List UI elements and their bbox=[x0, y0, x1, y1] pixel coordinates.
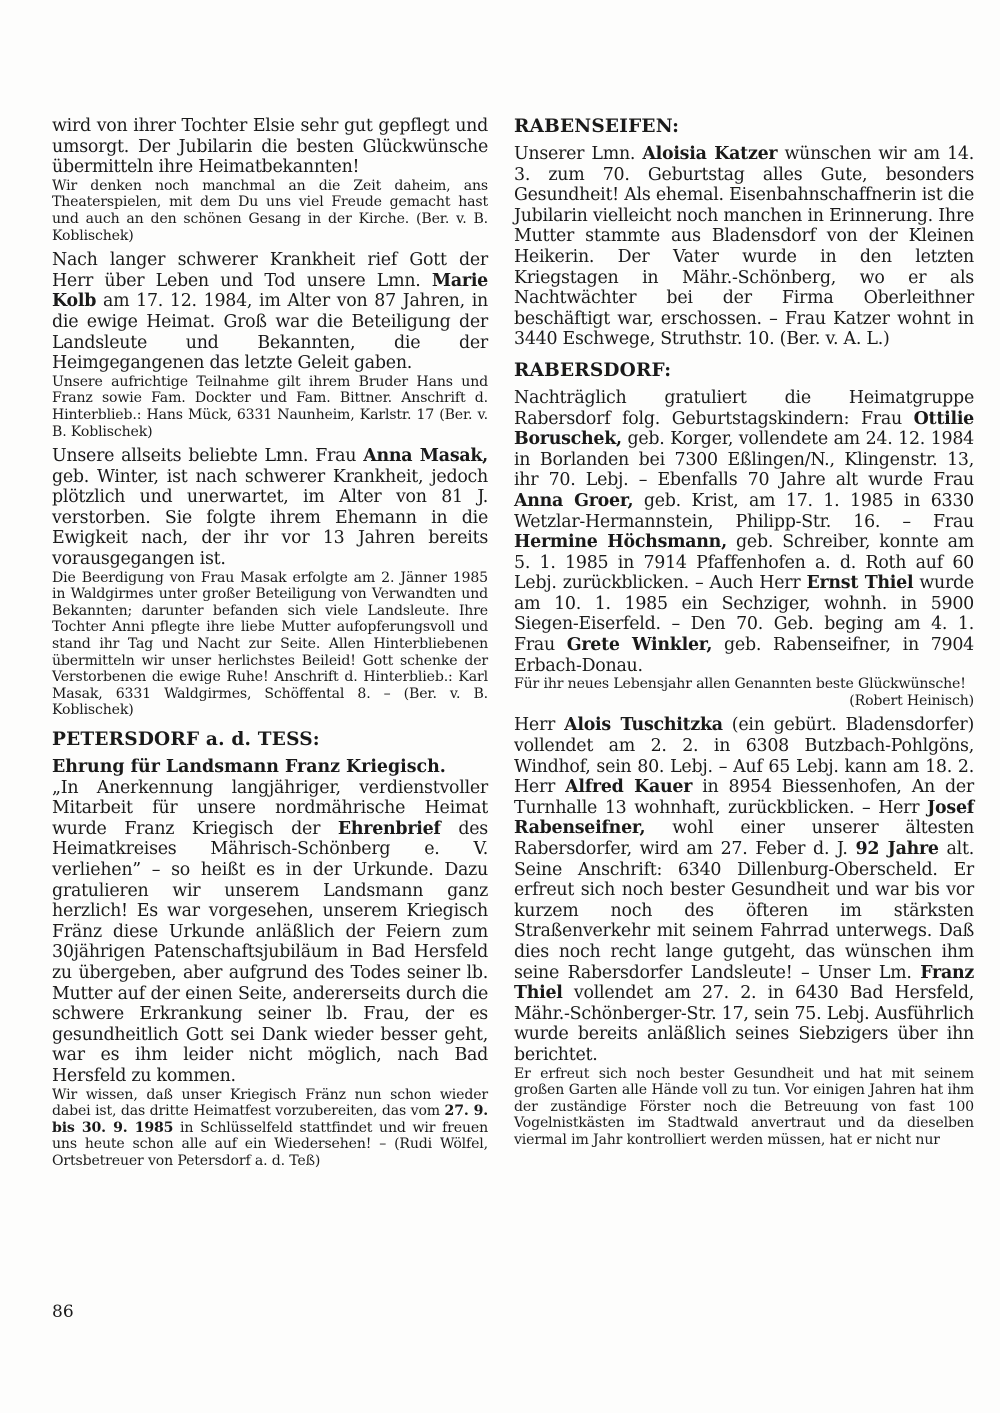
paragraph-ehrenbrief: „In Anerkennung langjähriger, verdienstv… bbox=[52, 778, 488, 1087]
name-anna-masak: Anna Masak, bbox=[363, 446, 488, 466]
paragraph-aloisia-katzer: Unserer Lmn. Aloisia Katzer wünschen wir… bbox=[514, 144, 974, 350]
paragraph-best-wishes: Für ihr neues Lebensjahr allen Genannten… bbox=[514, 676, 974, 709]
paragraph-anna-masak-obituary: Unsere allseits beliebte Lmn. Frau Anna … bbox=[52, 446, 488, 570]
paragraph-masak-funeral: Die Beerdigung von Frau Masak erfolgte a… bbox=[52, 570, 488, 719]
name-alfred-kauer: Alfred Kauer bbox=[565, 777, 692, 797]
name-ernst-thiel: Ernst Thiel bbox=[806, 573, 913, 593]
right-column: RABENSEIFEN: Unserer Lmn. Aloisia Katzer… bbox=[514, 116, 974, 1149]
name-aloisia-katzer: Aloisia Katzer bbox=[642, 144, 777, 164]
section-heading-rabenseifen: RABENSEIFEN: bbox=[514, 116, 974, 138]
bold-92-jahre: 92 Jahre bbox=[856, 839, 939, 859]
page-number: 86 bbox=[52, 1302, 74, 1322]
bold-ehrenbrief: Ehrenbrief bbox=[338, 819, 441, 839]
name-hermine-hochsmann: Hermine Höchsmann, bbox=[514, 532, 727, 552]
paragraph-theater-memories: Wir denken noch manchmal an die Zeit dah… bbox=[52, 178, 488, 244]
paragraph-rabersdorf-birthdays: Nachträglich gratuliert die Heimatgruppe… bbox=[514, 388, 974, 676]
paragraph-heimatfest: Wir wissen, daß unser Kriegisch Fränz nu… bbox=[52, 1087, 488, 1170]
name-grete-winkler: Grete Winkler, bbox=[567, 635, 712, 655]
left-column: wird von ihrer Tochter Elsie sehr gut ge… bbox=[52, 116, 488, 1169]
paragraph-tuschitzka-kauer-rabenseifner: Herr Alois Tuschitzka (ein gebürt. Blade… bbox=[514, 715, 974, 1065]
signature-robert-heinisch: (Robert Heinisch) bbox=[849, 693, 974, 710]
paragraph-condolences-muck: Unsere aufrichtige Teilnahme gilt ihrem … bbox=[52, 374, 488, 440]
paragraph-vogelnistkasten: Er erfreut sich noch bester Gesundheit u… bbox=[514, 1066, 974, 1149]
section-heading-petersdorf: PETERSDORF a. d. TESS: bbox=[52, 729, 488, 751]
paragraph-elsie: wird von ihrer Tochter Elsie sehr gut ge… bbox=[52, 116, 488, 178]
paragraph-marie-kolb-obituary: Nach langer schwerer Krankheit rief Gott… bbox=[52, 250, 488, 374]
name-alois-tuschitzka: Alois Tuschitzka bbox=[564, 715, 723, 735]
subheading-kriegisch-honor: Ehrung für Landsmann Franz Kriegisch. bbox=[52, 757, 488, 778]
section-heading-rabersdorf: RABERSDORF: bbox=[514, 360, 974, 382]
name-anna-groer: Anna Groer, bbox=[514, 491, 633, 511]
